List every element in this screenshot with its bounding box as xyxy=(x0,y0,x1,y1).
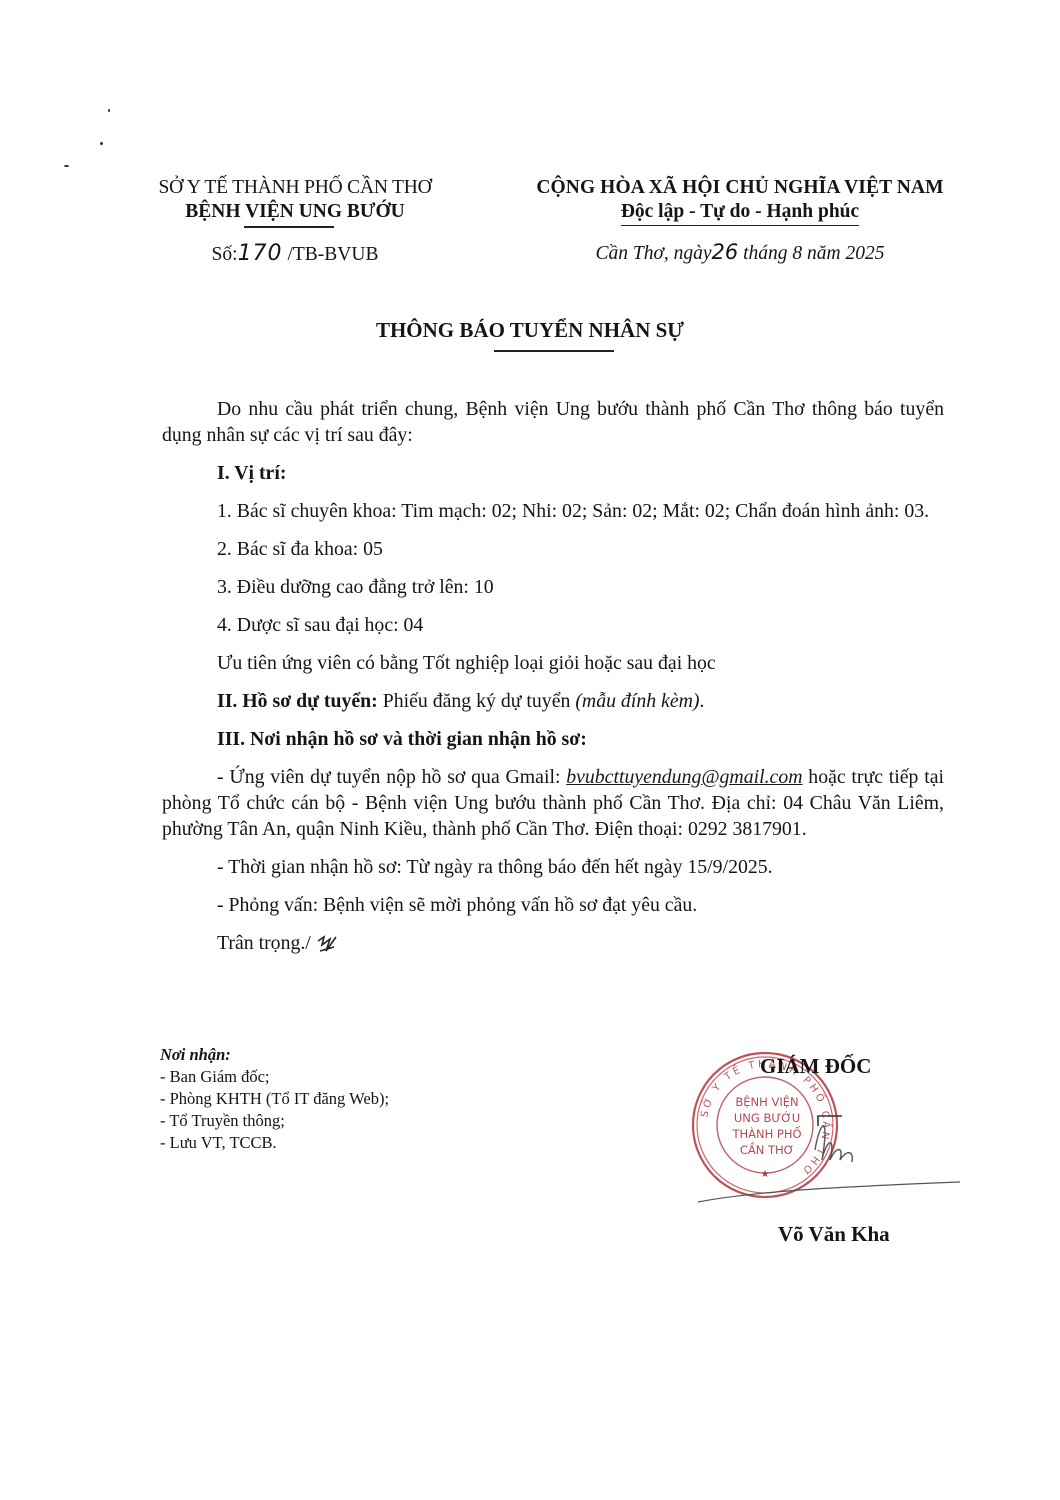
submission-prefix: - Ứng viên dự tuyển nộp hồ sơ qua Gmail: xyxy=(217,766,560,788)
signatory-name: Võ Văn Kha xyxy=(778,1222,890,1247)
section-1-heading: I. Vị trí: xyxy=(162,460,944,486)
closing-text: Trân trọng./ xyxy=(162,930,944,956)
date-day-handwritten: 26 xyxy=(712,240,739,264)
deadline-text: - Thời gian nhận hồ sơ: Từ ngày ra thông… xyxy=(162,854,944,880)
recipient-item: - Lưu VT, TCCB. xyxy=(160,1132,389,1154)
document-body: Do nhu cầu phát triển chung, Bệnh viện U… xyxy=(162,396,944,956)
section-2: II. Hồ sơ dự tuyển: Phiếu đăng ký dự tuy… xyxy=(162,688,944,714)
doc-number-handwritten: 170 xyxy=(238,241,283,266)
signatory-title: GIÁM ĐỐC xyxy=(760,1054,871,1079)
scan-speck xyxy=(64,165,69,167)
recipients-label: Nơi nhận: xyxy=(160,1044,389,1066)
recipients-block: Nơi nhận: - Ban Giám đốc; - Phòng KHTH (… xyxy=(160,1044,389,1154)
unit-underline xyxy=(244,226,334,228)
unit-name: BỆNH VIỆN UNG BƯỚU xyxy=(185,200,404,224)
section-2-heading: II. Hồ sơ dự tuyển: xyxy=(217,690,378,712)
recipient-item: - Tổ Truyền thông; xyxy=(160,1110,389,1132)
national-motto: Độc lập - Tự do - Hạnh phúc xyxy=(621,200,859,226)
organization-name: SỞ Y TẾ THÀNH PHỐ CẦN THƠ xyxy=(130,176,460,200)
submission-paragraph: - Ứng viên dự tuyển nộp hồ sơ qua Gmail:… xyxy=(162,764,944,842)
phone-text: Điện thoại: 0292 3817901. xyxy=(595,818,807,840)
header-left: SỞ Y TẾ THÀNH PHỐ CẦN THƠ BỆNH VIỆN UNG … xyxy=(130,176,460,267)
doc-number-prefix: Số: xyxy=(212,244,238,265)
section-2-text: Phiếu đăng ký dự tuyển xyxy=(383,690,571,712)
section-2-note: (mẫu đính kèm) xyxy=(575,690,699,712)
recruitment-email-link[interactable]: bvubcttuyendung@gmail.com xyxy=(566,766,802,788)
date-suffix: tháng 8 năm 2025 xyxy=(743,243,884,264)
section-2-end: . xyxy=(699,690,704,712)
recipient-item: - Phòng KHTH (Tổ IT đăng Web); xyxy=(160,1088,389,1110)
doc-number-suffix: /TB-BVUB xyxy=(287,244,378,265)
position-item: 1. Bác sĩ chuyên khoa: Tim mạch: 02; Nhi… xyxy=(162,498,944,524)
initial-mark-icon xyxy=(316,933,340,955)
document-number: Số:170 /TB-BVUB xyxy=(130,242,460,267)
interview-text: - Phỏng vấn: Bệnh viện sẽ mời phỏng vấn … xyxy=(162,892,944,918)
section-3-heading: III. Nơi nhận hồ sơ và thời gian nhận hồ… xyxy=(162,726,944,752)
intro-paragraph: Do nhu cầu phát triển chung, Bệnh viện U… xyxy=(162,396,944,448)
position-item: 4. Dược sĩ sau đại học: 04 xyxy=(162,612,944,638)
recipient-item: - Ban Giám đốc; xyxy=(160,1066,389,1088)
priority-note: Ưu tiên ứng viên có bằng Tốt nghiệp loại… xyxy=(162,650,944,676)
scan-speck xyxy=(108,109,110,112)
closing-phrase: Trân trọng./ xyxy=(217,932,311,954)
handwritten-signature-icon xyxy=(690,1090,970,1210)
issue-date: Cần Thơ, ngày26 tháng 8 năm 2025 xyxy=(505,240,975,266)
position-item: 2. Bác sĩ đa khoa: 05 xyxy=(162,536,944,562)
document-title: THÔNG BÁO TUYỂN NHÂN SỰ xyxy=(0,318,1060,343)
date-prefix: Cần Thơ, ngày xyxy=(595,243,711,264)
header-right: CỘNG HÒA XÃ HỘI CHỦ NGHĨA VIỆT NAM Độc l… xyxy=(505,176,975,266)
position-item: 3. Điều dưỡng cao đẳng trở lên: 10 xyxy=(162,574,944,600)
title-underline xyxy=(494,350,614,352)
national-title: CỘNG HÒA XÃ HỘI CHỦ NGHĨA VIỆT NAM xyxy=(505,176,975,200)
scan-speck xyxy=(100,142,103,145)
